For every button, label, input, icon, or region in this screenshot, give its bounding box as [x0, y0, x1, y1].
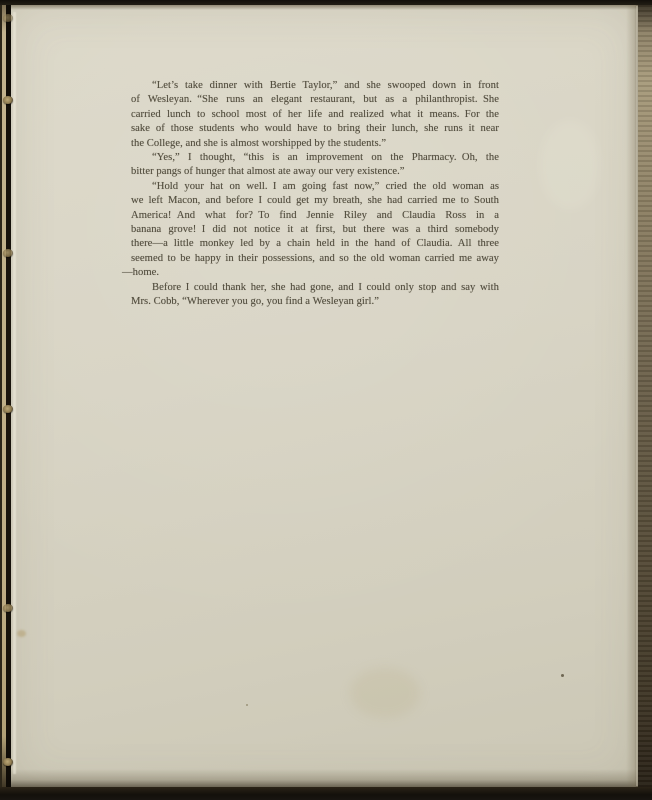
text-line: —home.	[122, 266, 499, 280]
page-stack-edge	[638, 0, 652, 800]
text-line: carried lunch to school most of her life…	[131, 108, 499, 122]
text-line: Mrs. Cobb, “Wherever you go, you find a …	[131, 295, 499, 309]
page-edge-highlight	[636, 6, 638, 786]
page-bottom-shadow	[11, 769, 638, 787]
binding-stitch	[3, 405, 13, 413]
gutter-highlight	[13, 12, 16, 774]
paper-speck	[246, 704, 248, 706]
page-top-shadow	[11, 5, 638, 10]
text-line: “Let’s take dinner with Bertie Taylor,” …	[131, 79, 499, 93]
text-line: sake of those students who would have to…	[131, 122, 499, 136]
text-line: bitter pangs of hunger that almost ate a…	[131, 165, 499, 179]
text-line: “Yes,” I thought, “this is an improvemen…	[131, 151, 499, 165]
text-line: we left Macon, and before I could get my…	[131, 194, 499, 208]
text-line: “Hold your hat on well. I am going fast …	[131, 180, 499, 194]
paper-speck	[561, 674, 564, 677]
scan-border-bottom	[0, 787, 652, 800]
scanned-book-page: “Let’s take dinner with Bertie Taylor,” …	[0, 0, 652, 800]
text-line: banana grove! I did not notice it at fir…	[131, 223, 499, 237]
text-line: of Wesleyan. “She runs an elegant restau…	[131, 93, 499, 107]
paper-stain	[350, 668, 420, 718]
scan-border-top	[0, 0, 652, 5]
text-line: Before I could thank her, she had gone, …	[131, 281, 499, 295]
paper-stain	[17, 630, 26, 637]
body-text: “Let’s take dinner with Bertie Taylor,” …	[131, 79, 499, 310]
paragraph: “Hold your hat on well. I am going fast …	[131, 180, 499, 281]
text-line: seemed to be happy in their possessions,…	[131, 252, 499, 266]
binding-stitch	[3, 249, 13, 257]
paragraph: Before I could thank her, she had gone, …	[131, 281, 499, 310]
binding-stitch	[3, 14, 13, 22]
text-line: the College, and she is almost worshippe…	[131, 137, 499, 151]
binding-stitch	[3, 758, 13, 766]
paragraph: “Let’s take dinner with Bertie Taylor,” …	[131, 79, 499, 151]
binding-gutter-line	[6, 0, 11, 800]
text-line: there—a little monkey led by a chain hel…	[131, 237, 499, 251]
paper-highlight	[540, 120, 600, 210]
binding-stitch	[3, 96, 13, 104]
text-line: America! And what for? To find Jennie Ri…	[131, 209, 499, 223]
paragraph: “Yes,” I thought, “this is an improvemen…	[131, 151, 499, 180]
binding-stitch	[3, 604, 13, 612]
